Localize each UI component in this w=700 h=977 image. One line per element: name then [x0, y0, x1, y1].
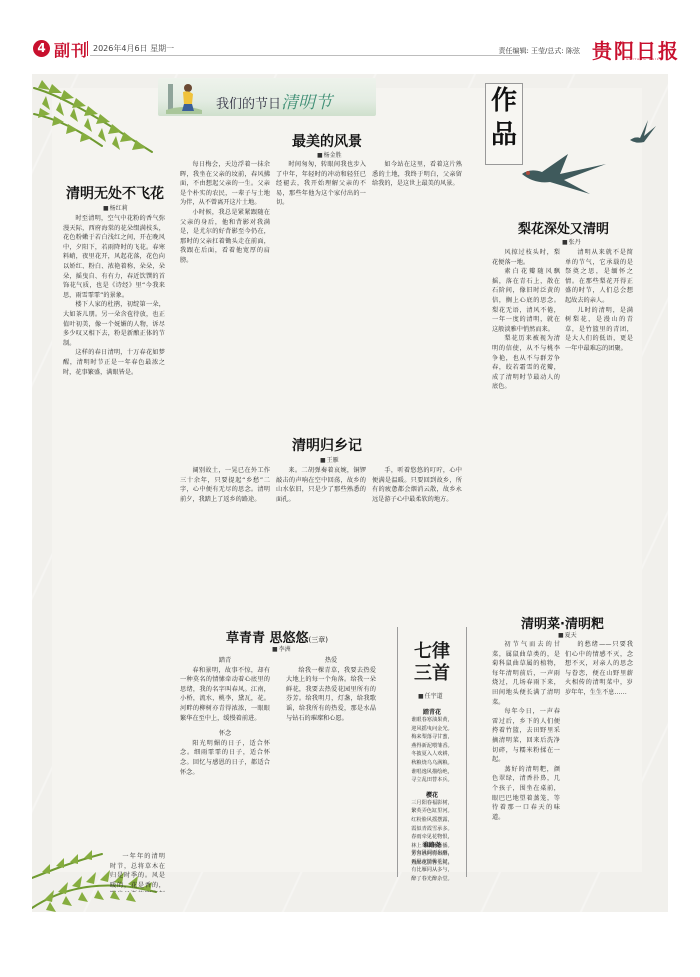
- poem-title-line1: 七律: [398, 641, 466, 663]
- poem-heading: 谁路尧: [397, 840, 467, 849]
- paragraph: 一年年的清明时节，总将草木在归是时季的。风是暖的，花是香的，阳光日渐的明亮起来，…: [110, 852, 165, 892]
- article-body-qingming-guixiang-col2: 来。二胡弹奏着哀婉，铜锣敲击的声响在空中回荡，故乡的山水依旧，只是少了那些熟悉的…: [276, 466, 366, 602]
- poem-heading: 樱花: [398, 790, 466, 799]
- paragraph: 如今站在这里，看着这片熟悉的土地，我终于明白，父亲留给我的，是这世上最美的风景。: [372, 160, 462, 189]
- paragraph: 儿时的清明，是满树梨花，是漫山的青草，是竹篮里的青团，是大人们的低语，更是一年中…: [565, 306, 633, 354]
- poem-line: 繁英弄色缸里河。: [398, 807, 466, 816]
- article-body-qingming-wuchu: 时至清明，空气中花粉的香气弥漫天际，西府海棠的花朵缀满枝头，花色粉嫩于若白浅红之…: [63, 214, 165, 844]
- article-byline-zuimei-fengjing: 杨金胜: [317, 150, 342, 159]
- masthead: 4 副刊 2026年4月6日 星期一 责任编辑: 王莹/总式: 陈弦 贵阳日报 …: [30, 38, 680, 60]
- poem-line: 秋粮烧乌乌满粮。: [398, 759, 466, 768]
- editors-credit: 责任编辑: 王莹/总式: 陈弦: [498, 46, 580, 56]
- poem-line: 红粉脸风摇摆露，: [398, 816, 466, 825]
- swallow-small-icon: [628, 118, 658, 148]
- masthead-rule: [90, 55, 520, 56]
- poem-line: 谁唱逸风描绘绝，: [398, 768, 466, 777]
- swallow-large-icon: [520, 150, 610, 198]
- title-suffix: (三章): [309, 636, 328, 644]
- poem-line: 冬披夏入人欢耕，: [398, 750, 466, 759]
- masthead-divider: [87, 41, 88, 56]
- paragraph: 给我一棵青草，我要去热爱大地上的每一个角落。给我一朵鲜花，我要去热爱花园里所有的…: [286, 666, 376, 724]
- paragraph: 楼下人家的杜鹃，初绽第一朵，大如茶儿朋。另一朵含苞待放，也正值叶初美，像一个妩媚…: [63, 300, 165, 348]
- paragraph: 春和景明，故事不惊，却有一种莫名的情愫牵动着心底里的思绪，我的名字叫春风。江南，…: [180, 666, 270, 724]
- column-label-zuopin: 作 品: [485, 83, 523, 165]
- paragraph: 来。二胡弹奏着哀婉，铜锣敲击的声响在空中回荡，故乡的山水依旧，只是少了那些熟悉的…: [276, 466, 366, 504]
- paragraph: 风掠过枝头时，梨花便落一地。: [492, 248, 560, 267]
- paragraph: 每年今日，一声春雷过后，乡下的人们便挎着竹篮，去田野里采摘清明菜，回来后洗净切碎…: [492, 707, 560, 765]
- article-body-lihua-shenchu-col2: 清明从来就不是简单的节气，它承载的是祭奠之思，是缅怀之情。在那些梨花开得正盛的时…: [565, 248, 633, 586]
- paragraph: 清明从来就不是简单的节气，它承载的是祭奠之思，是缅怀之情。在那些梨花开得正盛的时…: [565, 248, 633, 306]
- paragraph: 蒸好的清明粑，颜色翠绿，清香扑鼻，几个孩子，围坐在桌前，眼巴巴地望着蒸笼，等待着…: [492, 765, 560, 823]
- article-body-zuimei-fengjing-col3: 如今站在这里，看着这片熟悉的土地，我终于明白，父亲留给我的，是这世上最美的风景。: [372, 160, 462, 418]
- article-title-lihua-shenchu: 梨花深处又清明: [518, 218, 609, 237]
- article-byline-caoqingqing: 李洲: [272, 644, 291, 653]
- paragraph: 阔别故土，一晃已在外工作三十余年，只要提起“乡愁”二字，心中便有无尽的思念。清明…: [180, 466, 270, 504]
- article-body-qingmingcai-col2: 的愁绪——只要我们心中的情感不灭，念想不灭，对亲人的思念与眷恋，便在山野里薪火相…: [565, 640, 633, 910]
- article-title-qingming-wuchu: 清明无处不飞花: [66, 183, 164, 203]
- article-title-zuimei-fengjing: 最美的风景: [292, 131, 362, 151]
- poem-line: 谁眼春寒油果黄，: [398, 716, 466, 725]
- publication-date: 2026年4月6日 星期一: [93, 43, 174, 54]
- article-title-qingming-guixiang: 清明归乡记: [292, 435, 362, 455]
- festival-banner-title: 我们的节日清明节: [216, 88, 332, 113]
- paragraph: 素白花瓣随风飘摇，落在青石上，散在石阶间，像旧时泛黄的信，搁上心底的思念。梨花无…: [492, 267, 560, 334]
- article-body-zuimei-fengjing-col2: 时间匆匆，转眼间我也步入了中年，年轻时的冲动和轻狂已经褪去，我开始理解父亲的不易…: [276, 160, 366, 418]
- paragraph: 梨花历来被视为清明的信使，从不与桃李争艳，也从不与群芳争春，皎若霜雪的花瓣，成了…: [492, 334, 560, 392]
- title-main: 草青青 思悠悠: [226, 631, 309, 646]
- article-body-qingmingcai-col1: 初节气而去的甘菜，属鼠曲草类的，是菊科鼠曲草属的植物，每年清明前后，一声雨烧过，…: [492, 640, 560, 910]
- paragraph: 初节气而去的甘菜，属鼠曲草类的，是菊科鼠曲草属的植物，每年清明前后，一声雨烧过，…: [492, 640, 560, 707]
- paragraph: 阳光明媚的日子，适合怀念。细雨霏霏的日子，适合怀念。回忆与感恩的日子，都适合怀念…: [180, 739, 270, 777]
- poem-line: 醉了春光醉杂堂。: [397, 875, 467, 884]
- cypress-leaf-top-icon: [32, 74, 162, 164]
- section-name: 副刊: [54, 38, 88, 61]
- paragraph: 时间匆匆，转眼间我也步入了中年，年轻时的冲动和轻狂已经褪去，我开始理解父亲的不易…: [276, 160, 366, 208]
- paragraph: 的愁绪——只要我们心中的情感不灭，念想不灭，对亲人的思念与眷恋，便在山野里薪火相…: [565, 640, 633, 698]
- festival-banner: 我们的节日清明节: [158, 78, 376, 116]
- paragraph: 手，听着悠悠的叮咛，心中便满是温暖。只要回到故乡，所有的疲惫都会烟消云散，故乡永…: [372, 466, 462, 504]
- article-body-qingming-guixiang-col3: 手，听着悠悠的叮咛，心中便满是温暖。只要回到故乡，所有的疲惫都会烟消云散，故乡永…: [372, 466, 462, 602]
- article-byline-qingming-guixiang: 王雁: [320, 455, 339, 464]
- poem-list-3: 谁路尧 常有风调雨东雨， 再见夜情桃花好， 有比雁同从多与， 醉了春光醉杂堂。: [397, 840, 467, 883]
- article-body-qingming-wuchu-tail: 一年年的清明时节，总将草木在归是时季的。风是暖的，花是香的，阳光日渐的明亮起来，…: [110, 852, 165, 892]
- poem-byline: 任宇道: [418, 691, 443, 700]
- paragraph: 时至清明，空气中花粉的香气弥漫天际，西府海棠的花朵缀满枝头，花色粉嫩于若白浅红之…: [63, 214, 165, 300]
- poem-title-line2: 三首: [398, 663, 466, 685]
- poem-line: 有比雁同从多与，: [397, 866, 467, 875]
- poem-heading: 踏青花: [398, 707, 466, 716]
- section-heading: 热爱: [286, 656, 376, 666]
- poem-line: 寻立乱田替本兵。: [398, 776, 466, 785]
- article-body-caoqingqing-col1: 踏青 春和景明，故事不惊，却有一种莫名的情愫牵动着心底里的思绪，我的名字叫春风。…: [180, 656, 270, 892]
- poem-line: 三月阳春福影树，: [398, 799, 466, 808]
- newspaper-logo-sub: GUIYANG DAILY: [626, 57, 662, 61]
- column-label-char-1: 作: [486, 84, 522, 118]
- poem-line: 再见夜情桃花好，: [397, 858, 467, 867]
- section-heading: 踏青: [180, 656, 270, 666]
- poem-line: 霞似青霞雪承多。: [398, 825, 466, 834]
- article-body-zuimei-fengjing-col1: 每日梅会，天边浮着一抹余晖，我坐在父亲的坟前，春风拂面，不由想起父亲的一生。父亲…: [180, 160, 270, 418]
- paragraph: 小时候，我总是紧紧跟随在父亲的身后，他和背影对我满是，是尤尔的好背影至今仍在，那…: [180, 208, 270, 266]
- banner-prefix: 我们的节日: [216, 97, 281, 112]
- article-byline-qingmingcai: 夏天: [558, 630, 577, 639]
- article-body-lihua-shenchu-col1: 风掠过枝头时，梨花便落一地。 素白花瓣随风飘摇，落在青石上，散在石阶间，像旧时泛…: [492, 248, 560, 586]
- girl-sweeping-illustration-icon: [166, 80, 202, 114]
- article-byline-qingming-wuchu: 杨红莉: [103, 203, 128, 212]
- article-body-caoqingqing-col2: 热爱 给我一棵青草，我要去热爱大地上的每一个角落。给我一朵鲜花，我要去热爱花园里…: [286, 656, 376, 892]
- column-label-char-2: 品: [486, 118, 522, 152]
- poem-line: 迎风摇曳问金光。: [398, 725, 466, 734]
- paragraph: 这样的春日清明，十万春花如梦醒，清明时节正是一年春色最浓之时，花事繁盛，满眼皆是…: [63, 348, 165, 377]
- poem-line: 燕得新泥喂雏香。: [398, 742, 466, 751]
- article-body-qingming-guixiang-col1: 阔别故土，一晃已在外工作三十余年，只要提起“乡愁”二字，心中便有无尽的思念。清明…: [180, 466, 270, 602]
- paragraph: 每日梅会，天边浮着一抹余晖，我坐在父亲的坟前，春风拂面，不由想起父亲的一生。父亲…: [180, 160, 270, 208]
- banner-festival: 清明节: [281, 93, 332, 113]
- poem-line: 梅来梨落寻甘蜜，: [398, 733, 466, 742]
- section-heading: 怀念: [180, 729, 270, 739]
- article-byline-lihua-shenchu: 张丹: [562, 237, 581, 246]
- poem-line: 常有风调雨东雨，: [397, 849, 467, 858]
- page-number-badge: 4: [33, 40, 50, 57]
